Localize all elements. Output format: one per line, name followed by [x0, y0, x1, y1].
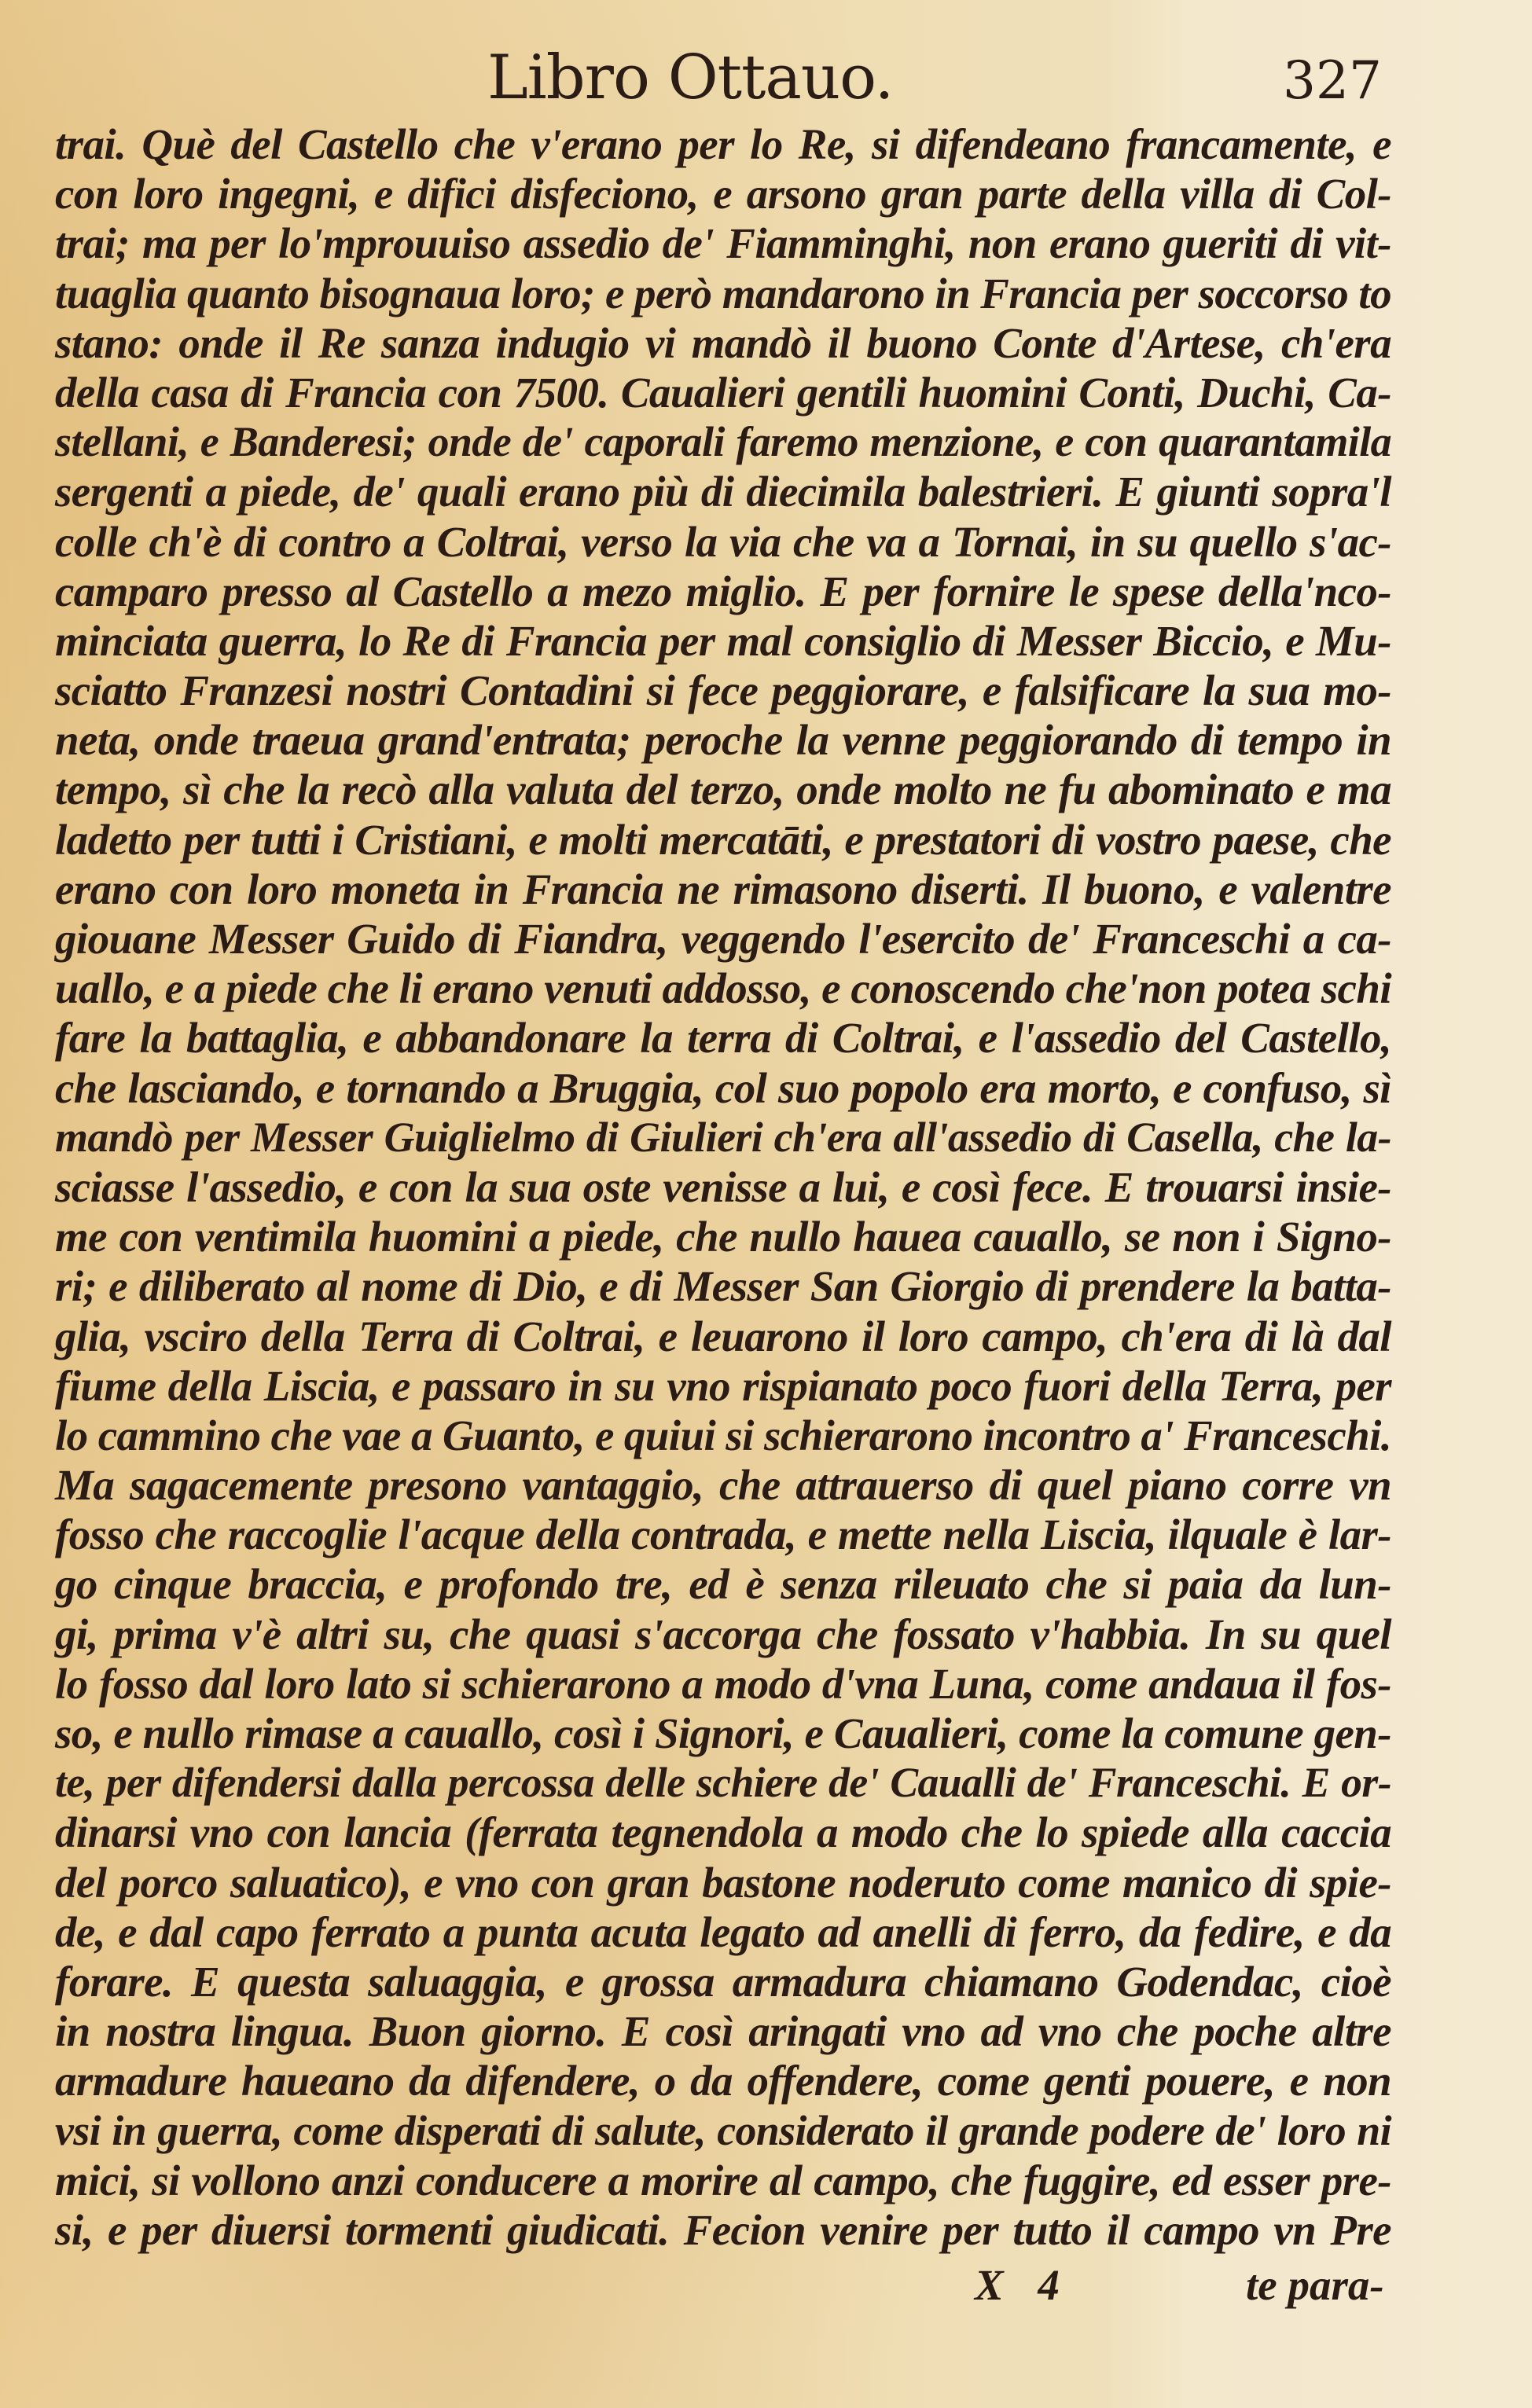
page-footer: X 4 te para-: [0, 2263, 1532, 2326]
text-line: go cinque braccia, e profondo tre, ed è …: [55, 1559, 1391, 1609]
text-line: fosso che raccoglie l'acque della contra…: [55, 1510, 1391, 1559]
text-line: si, e per diuersi tormenti giudicati. Fe…: [55, 2205, 1391, 2255]
text-line: forare. E questa saluaggia, e grossa arm…: [55, 1957, 1391, 2006]
body-text: trai. Què del Castello che v'erano per l…: [55, 119, 1391, 2255]
text-line: colle ch'è di contro a Coltrai, verso la…: [55, 517, 1391, 567]
text-line: tempo, sì che la recò alla valuta del te…: [55, 765, 1391, 814]
book-page: Libro Ottauo. 327 trai. Què del Castello…: [0, 0, 1532, 2408]
text-line: con loro ingegni, e difici disfeciono, e…: [55, 169, 1391, 218]
text-line: lo cammino che vae a Guanto, e quiui si …: [55, 1411, 1391, 1460]
text-line: che lasciando, e tornando a Bruggia, col…: [55, 1063, 1391, 1113]
text-line: minciata guerra, lo Re di Francia per ma…: [55, 616, 1391, 666]
text-line: neta, onde traeua grand'entrata; peroche…: [55, 715, 1391, 765]
text-line: stano: onde il Re sanza indugio vi mandò…: [55, 318, 1391, 368]
text-line: trai. Què del Castello che v'erano per l…: [55, 119, 1391, 169]
text-line: fiume della Liscia, e passaro in su vno …: [55, 1361, 1391, 1411]
text-line: so, e nullo rimase a cauallo, così i Sig…: [55, 1709, 1391, 1758]
text-line: ri; e diliberato al nome di Dio, e di Me…: [55, 1261, 1391, 1311]
text-line: giouane Messer Guido di Fiandra, veggend…: [55, 914, 1391, 964]
text-line: in nostra lingua. Buon giorno. E così ar…: [55, 2006, 1391, 2056]
catchword: te para-: [1246, 2263, 1384, 2307]
text-line: tuaglia quanto bisognaua loro; e però ma…: [55, 269, 1391, 318]
book-title: Libro Ottauo.: [487, 47, 893, 108]
text-line: Ma sagacemente presono vantaggio, che at…: [55, 1460, 1391, 1510]
text-line: armadure haueano da difendere, o da offe…: [55, 2056, 1391, 2105]
text-line: mandò per Messer Guiglielmo di Giulieri …: [55, 1113, 1391, 1162]
text-line: fare la battaglia, e abbandonare la terr…: [55, 1013, 1391, 1063]
text-line: sciasse l'assedio, e con la sua oste ven…: [55, 1162, 1391, 1212]
text-line: della casa di Francia con 7500. Caualier…: [55, 368, 1391, 417]
running-head: Libro Ottauo. 327: [0, 24, 1532, 134]
text-line: sciatto Franzesi nostri Contadini si fec…: [55, 666, 1391, 715]
text-line: gi, prima v'è altri su, che quasi s'acco…: [55, 1610, 1391, 1659]
text-line: stellani, e Banderesi; onde de' caporali…: [55, 417, 1391, 467]
text-line: de, e dal capo ferrato a punta acuta leg…: [55, 1907, 1391, 1957]
text-line: uallo, e a piede che li erano venuti add…: [55, 964, 1391, 1013]
text-line: dinarsi vno con lancia (ferrata tegnendo…: [55, 1808, 1391, 1857]
page-number: 327: [1283, 55, 1382, 107]
text-line: erano con loro moneta in Francia ne rima…: [55, 864, 1391, 914]
text-line: ladetto per tutti i Cristiani, e molti m…: [55, 815, 1391, 864]
signature-mark: X 4: [975, 2263, 1060, 2307]
text-line: sergenti a piede, de' quali erano più di…: [55, 467, 1391, 516]
text-line: me con ventimila huomini a piede, che nu…: [55, 1212, 1391, 1261]
text-line: lo fosso dal loro lato si schierarono a …: [55, 1659, 1391, 1709]
text-line: trai; ma per lo'mprouuiso assedio de' Fi…: [55, 218, 1391, 268]
text-line: glia, vsciro della Terra di Coltrai, e l…: [55, 1312, 1391, 1361]
text-line: vsi in guerra, come disperati di salute,…: [55, 2106, 1391, 2156]
text-line: mici, si vollono anzi conducere a morire…: [55, 2156, 1391, 2205]
text-line: del porco saluatico), e vno con gran bas…: [55, 1858, 1391, 1907]
text-line: te, per difendersi dalla percossa delle …: [55, 1758, 1391, 1808]
text-line: camparo presso al Castello a mezo miglio…: [55, 567, 1391, 616]
